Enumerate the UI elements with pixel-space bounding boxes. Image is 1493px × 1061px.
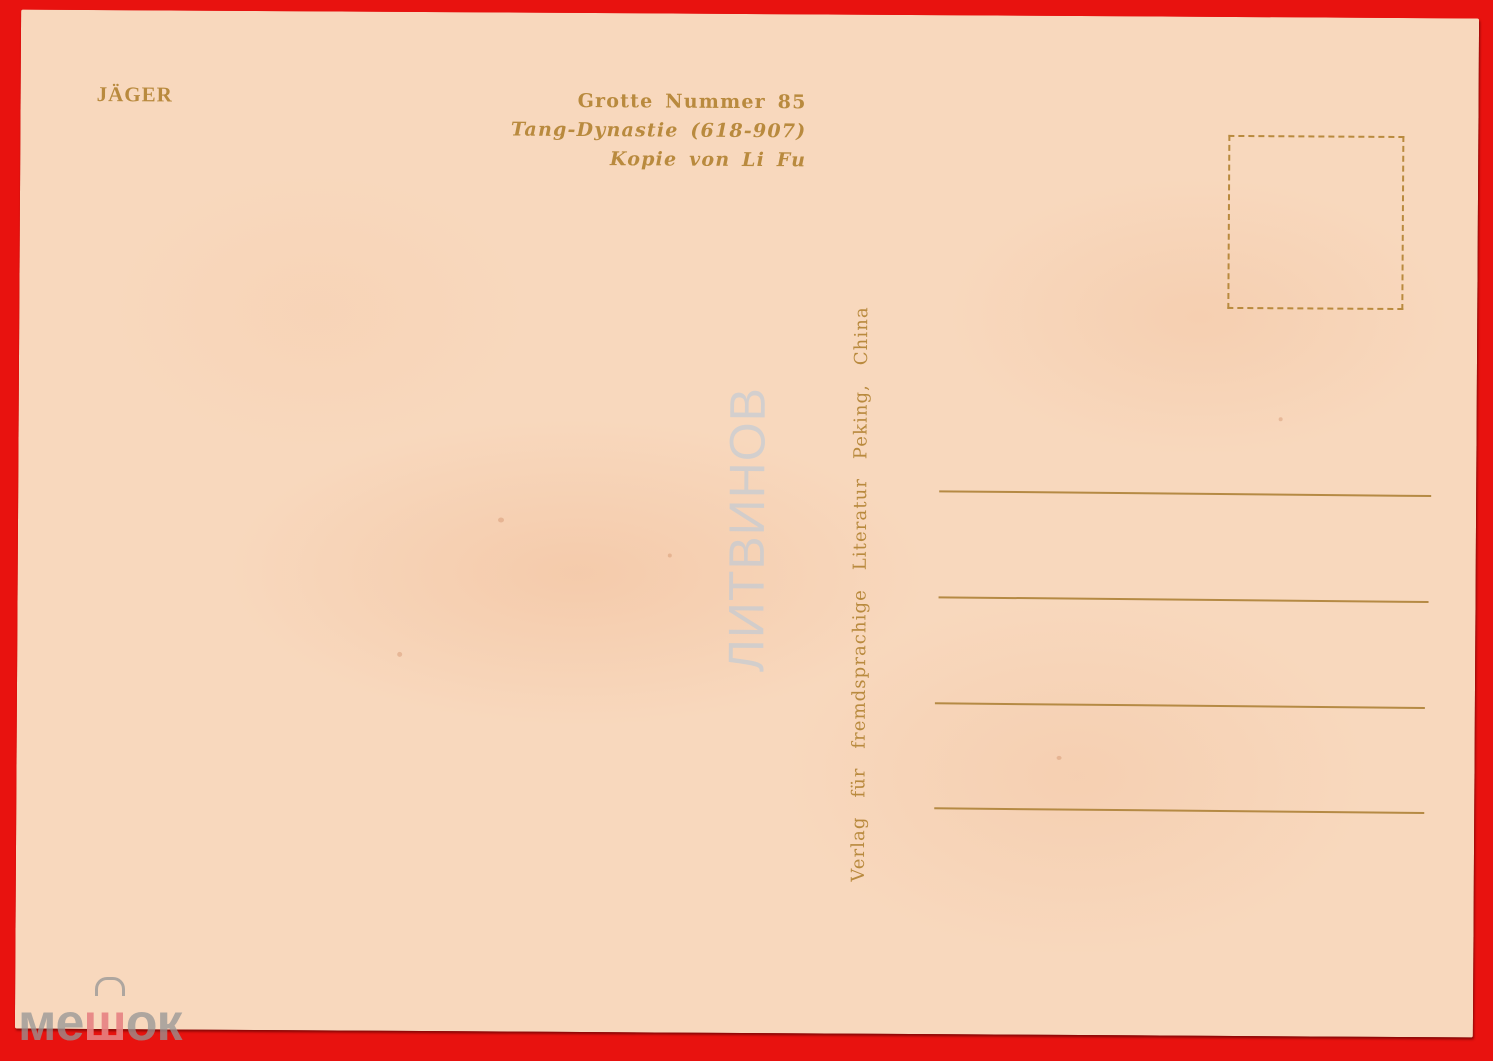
caption-copy-author: Kopie von Li Fu: [511, 145, 807, 176]
address-line-1: [939, 490, 1431, 497]
address-line-4: [934, 807, 1424, 814]
postcard-title: JÄGER: [97, 82, 173, 107]
paper-speck: [1057, 756, 1062, 760]
shopping-bag-icon: ш: [83, 993, 125, 1053]
artwork-caption: Grotte Nummer 85 Tang-Dynastie (618-907)…: [511, 87, 807, 176]
address-line-3: [935, 702, 1425, 709]
stamp-placeholder-box: [1227, 135, 1404, 310]
paper-speck: [1279, 417, 1283, 421]
seller-watermark: ЛИТВИНОВ: [717, 387, 777, 672]
logo-text-end: ок: [126, 994, 182, 1052]
address-line-2: [939, 596, 1429, 603]
paper-speck: [498, 517, 504, 522]
paper-speck: [397, 652, 402, 657]
publisher-imprint: Verlag für fremdsprachige Literatur Peki…: [848, 306, 873, 882]
logo-text-start: ме: [18, 994, 83, 1052]
caption-dynasty: Tang-Dynastie (618-907): [511, 116, 807, 147]
postcard: JÄGER Grotte Nummer 85 Tang-Dynastie (61…: [15, 10, 1479, 1038]
caption-grotto: Grotte Nummer 85: [511, 87, 807, 118]
site-logo-watermark: мешок: [18, 993, 182, 1053]
paper-speck: [668, 554, 672, 558]
